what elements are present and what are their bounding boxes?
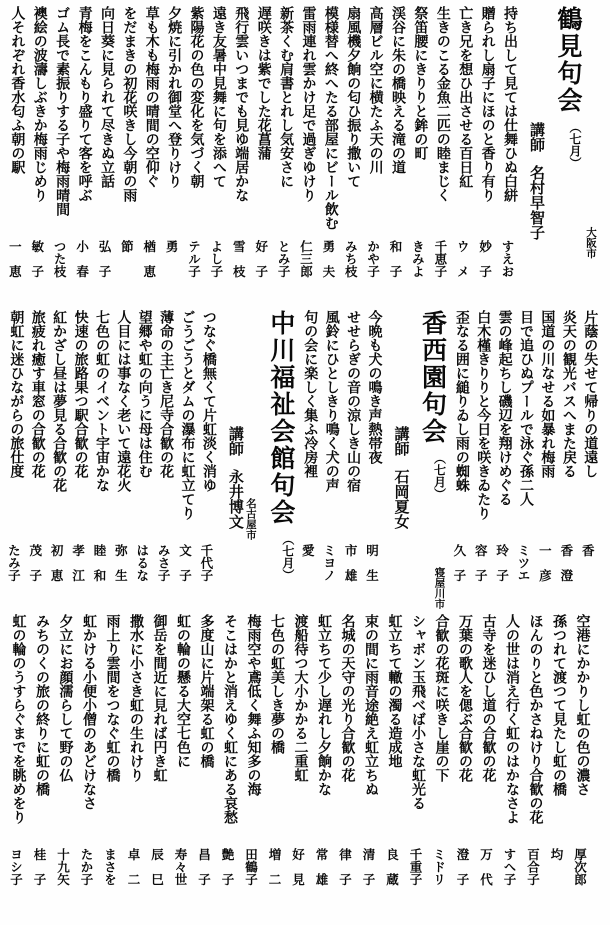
haiku-author: 小 春 — [75, 240, 89, 278]
haiku-author: 卓 二 — [126, 848, 140, 886]
haiku-author: 市 雄 — [343, 544, 357, 582]
haiku-author: かや子 — [366, 240, 380, 278]
haiku-author: みさ子 — [156, 544, 170, 582]
haiku-column: 人の世は消え行く虹のはかなさよすへ子 — [496, 614, 520, 915]
haiku-author: 弘 子 — [97, 240, 111, 278]
haiku-column: 雲の峰起ちし磯辺を翔けめぐる玲 子 — [490, 310, 511, 611]
haiku-author: 増 二 — [267, 848, 281, 886]
haiku-author: 勇 夫 — [321, 240, 335, 278]
lecturer-name: 石岡夏女 — [381, 469, 408, 529]
haiku-column: 国道の川なせる如暴れ梅雨一 彦 — [533, 310, 554, 611]
haiku-column: 雷雨連れ雲かけ足で過ぎゆけり仁三郎 — [293, 6, 315, 307]
haiku-author: 寿々世 — [173, 848, 187, 886]
haiku-magazine-page: 大阪市鶴見句会（七月）講師名村早智子持ち出して見ては仕舞ひぬ白絣すえお贈られし扇… — [0, 0, 610, 925]
haiku-author: まさを — [103, 848, 117, 886]
haiku-column: そこはかと消えゆく虹にある哀愁艶 子 — [214, 614, 238, 915]
haiku-column: 束の間に雨音途絶え虹立ちぬ清 子 — [355, 614, 379, 915]
haiku-author: テル子 — [187, 240, 201, 278]
haiku-verse: 句の会に楽しく集ふ冷房裡 — [303, 310, 318, 611]
haiku-column: 人それぞれ香水匂ふ朝の駅一 恵 — [2, 6, 24, 307]
haiku-column: 歪なる囲に縋りゐし雨の蜘蛛久 子 — [447, 310, 468, 611]
haiku-column: 古寺を迷ひし道の合歓の花万 代 — [472, 614, 496, 915]
text-band-top: 大阪市鶴見句会（七月）講師名村早智子持ち出して見ては仕舞ひぬ白絣すえお贈られし扇… — [2, 6, 599, 307]
haiku-author: 玲 子 — [495, 544, 509, 582]
haiku-author: 常 雄 — [314, 848, 328, 886]
haiku-column: 七色の虹のイベント宇宙かな睦 和 — [88, 310, 109, 611]
haiku-column: 撒水に小さき虹の生れけり卓 二 — [120, 614, 144, 915]
lecturer-label: 講師 — [381, 426, 408, 456]
haiku-column: 持ち出して見ては仕舞ひぬ白絣すえお — [495, 6, 517, 307]
lecturer-label: 講師 — [517, 122, 544, 152]
section-title: 鶴見句会 — [544, 6, 581, 114]
lecturer-name: 永井博文 — [216, 469, 243, 529]
haiku-column: ゴム長で素振りする子や梅雨晴間つた枝 — [47, 6, 69, 307]
haiku-column: 空港にかかりし虹の色の濃さ厚次郎 — [566, 614, 590, 915]
haiku-author: 艶 子 — [220, 848, 234, 886]
haiku-column: 紫陽花の色の変化を気づく朝テル子 — [181, 6, 203, 307]
haiku-column: 襖絵の波濤しぶきか梅雨じめり敏 子 — [24, 6, 46, 307]
haiku-column: 亡き兄を想ひ出させる百日紅ウ メ — [450, 6, 472, 307]
haiku-author: 愛 — [300, 544, 314, 557]
haiku-author: 睦 和 — [92, 544, 106, 582]
haiku-column: 望郷や虹の向うに母は住むはるな — [130, 310, 151, 611]
haiku-author: たみ子 — [6, 544, 20, 582]
haiku-verse: をだまきの初花咲きし今朝の雨 — [122, 6, 137, 307]
haiku-author: 雪 枝 — [231, 240, 245, 278]
section-lecturer-column: 講師名村早智子 — [517, 6, 544, 307]
text-band-bottom: 空港にかかりし虹の色の濃さ厚次郎孫つれて渡つて見たし虹の橋均ほんのりと色かさねけ… — [2, 614, 592, 915]
haiku-author: ミツエ — [516, 544, 530, 582]
haiku-author: 容 子 — [473, 544, 487, 582]
haiku-column: 扇風機夕餉の匂ひ振り撒いてみち枝 — [338, 6, 360, 307]
haiku-author: 清 子 — [361, 848, 375, 886]
haiku-verse: 孫つれて渡つて見たし虹の橋 — [551, 614, 566, 915]
haiku-column: 新茶くむ肩書とれし気安さにとみ子 — [271, 6, 293, 307]
haiku-author: 茂 子 — [28, 544, 42, 582]
haiku-author: 楢 恵 — [142, 240, 156, 278]
haiku-column: 名城の天守の光り合歓の花律 子 — [331, 614, 355, 915]
haiku-column: 模様替へ終へたる部屋にビール飲む勇 夫 — [315, 6, 337, 307]
haiku-column: 贈られし扇子にほのと香り有り妙 子 — [472, 6, 494, 307]
haiku-author: 千代子 — [199, 544, 213, 582]
haiku-column: 紅かざし昼は夢見る合歓の花初 恵 — [45, 310, 66, 611]
haiku-column: 夕立にお顔濡らして野の仏十九矢 — [49, 614, 73, 915]
haiku-column: ほんのりと色かさねけり合歓の花百合子 — [519, 614, 543, 915]
haiku-author: ヨシ子 — [9, 848, 23, 886]
haiku-author: つた枝 — [52, 240, 66, 278]
section-month: （七月） — [408, 452, 445, 500]
haiku-author: よし子 — [209, 240, 223, 278]
haiku-author: ミドリ — [432, 848, 446, 886]
haiku-column: 向日葵に見られて尽きぬ立話弘 子 — [92, 6, 114, 307]
haiku-column: 渓谷に朱の橋映える滝の道和 子 — [383, 6, 405, 307]
haiku-author: 節 — [119, 240, 133, 253]
haiku-author: 千恵子 — [433, 240, 447, 278]
haiku-column: 片蔭の失せて帰りの道遠し香 — [576, 310, 597, 611]
haiku-column: 薄命の主亡き尼寺合歓の花みさ子 — [152, 310, 173, 611]
haiku-column: ごうごうとダムの瀑布に虹立てり文 子 — [173, 310, 194, 611]
section-location: 名古屋市 — [243, 310, 257, 611]
section-title-column: 鶴見句会（七月） — [544, 6, 583, 307]
haiku-column: をだまきの初花咲きし今朝の雨節 — [114, 6, 136, 307]
haiku-author: たか子 — [79, 848, 93, 886]
lecturer-label: 講師 — [216, 426, 243, 456]
haiku-author: 和 子 — [388, 240, 402, 278]
haiku-author: 均 — [549, 848, 563, 861]
haiku-author: とみ子 — [276, 240, 290, 278]
haiku-column: 虹立ちて少し遅れし夕餉かな常 雄 — [308, 614, 332, 915]
haiku-author: 澄 子 — [455, 848, 469, 886]
haiku-column: 虹立ちて轍の濁る造成地良 蔵 — [378, 614, 402, 915]
haiku-column: 遠き友暑中見舞に句を添へてよし子 — [204, 6, 226, 307]
haiku-author: 好 見 — [291, 848, 305, 886]
section-title-column: 香西園句会（七月）寝屋川市 — [408, 310, 447, 611]
haiku-column: 句の会に楽しく集ふ冷房裡愛 — [296, 310, 317, 611]
haiku-author: みち枝 — [343, 240, 357, 278]
haiku-author: ウ メ — [455, 240, 469, 278]
haiku-column: 高層ビル空に横たふ天の川かや子 — [360, 6, 382, 307]
text-band-middle: 片蔭の失せて帰りの道遠し香炎天の観光バスへまた戻る香 澄国道の川なせる如暴れ梅雨… — [2, 310, 599, 611]
section-location: 寝屋川市 — [408, 567, 445, 611]
haiku-column: 雨上り雲間をつなぐ虹の橋まさを — [96, 614, 120, 915]
haiku-author: 初 恵 — [49, 544, 63, 582]
haiku-author: 敏 子 — [30, 240, 44, 278]
lecturer-name: 名村早智子 — [517, 165, 544, 240]
haiku-column: 快速の旅路果つ駅合歓の花孝 江 — [66, 310, 87, 611]
haiku-column: みちのくの旅の終りに虹の橋桂 子 — [26, 614, 50, 915]
haiku-author: すへ子 — [502, 848, 516, 886]
haiku-author: 明 生 — [364, 544, 378, 582]
haiku-column: 合歓の花斑に咲きし崖の下ミドリ — [425, 614, 449, 915]
haiku-column: 青梅をこんもり盛りて客を呼ぶ小 春 — [69, 6, 91, 307]
haiku-column: せせらぎの音の涼しき山の宿市 雄 — [339, 310, 360, 611]
haiku-column: 御岳を間近に見れば円き虹辰 巳 — [143, 614, 167, 915]
haiku-column: 風鈴にひとしきり鳴く犬の声ミヨノ — [317, 310, 338, 611]
haiku-column: 多度山に片端架る虹の橋昌 子 — [190, 614, 214, 915]
section-month: （七月） — [257, 533, 294, 581]
haiku-author: 妙 子 — [478, 240, 492, 278]
haiku-author: はるな — [135, 544, 149, 582]
haiku-column: 虹かける小便小僧のあどけなさたか子 — [73, 614, 97, 915]
haiku-author: すえお — [500, 240, 514, 278]
section-title-column: 中川福祉会館句会（七月） — [257, 310, 296, 611]
haiku-author: 律 子 — [338, 848, 352, 886]
haiku-author: 勇 — [164, 240, 178, 253]
haiku-author: 一 彦 — [537, 544, 551, 582]
haiku-author: 久 子 — [452, 544, 466, 582]
haiku-author: 辰 巳 — [150, 848, 164, 886]
haiku-author: 良 蔵 — [385, 848, 399, 886]
haiku-author: ミヨノ — [322, 544, 336, 582]
haiku-column: 生きのこる金魚二匹の睦まじく千恵子 — [427, 6, 449, 307]
haiku-column: 遅咲きは紫でした花菖蒲好 子 — [248, 6, 270, 307]
section-month: （七月） — [544, 121, 581, 169]
haiku-author: 百合子 — [526, 848, 540, 886]
section-title: 香西園句会 — [408, 310, 445, 445]
section-lecturer-column: 講師永井博文 — [216, 310, 243, 611]
haiku-verse: 片蔭の失せて帰りの道遠し — [583, 310, 598, 611]
haiku-verse: 夕焼に引かれ御堂へ登りけり — [167, 6, 182, 307]
haiku-column: 飛行雲いつまでも見ゆ端居かな雪 枝 — [226, 6, 248, 307]
haiku-column: 朝虹に迷ひながらの旅仕度たみ子 — [2, 310, 23, 611]
haiku-column: 草も木も梅雨の晴間の空仰ぐ楢 恵 — [136, 6, 158, 307]
haiku-column: 人目には事なく老いて遠花火弥 生 — [109, 310, 130, 611]
haiku-column: 旅疲れ癒す車窓の合歓の花茂 子 — [23, 310, 44, 611]
haiku-author: 香 — [580, 544, 594, 557]
haiku-author: 好 子 — [254, 240, 268, 278]
haiku-author: 田鶴子 — [244, 848, 258, 886]
haiku-column: 目で追ひぬプールで泳ぐ孫二人ミツエ — [512, 310, 533, 611]
haiku-column: 虹の輪の懸る大空七色に寿々世 — [167, 614, 191, 915]
section-lecturer-column: 講師石岡夏女 — [381, 310, 408, 611]
haiku-author: 万 代 — [479, 848, 493, 886]
haiku-author: 仁三郎 — [298, 240, 312, 278]
haiku-author: 孝 江 — [71, 544, 85, 582]
haiku-column: 孫つれて渡つて見たし虹の橋均 — [543, 614, 567, 915]
section-title: 中川福祉会館句会 — [257, 310, 294, 526]
haiku-column: 七色の虹美しき夢の橋増 二 — [261, 614, 285, 915]
haiku-author: 千重子 — [408, 848, 422, 886]
haiku-column: 今晩も犬の鳴き声熱帯夜明 生 — [360, 310, 381, 611]
haiku-author: 弥 生 — [113, 544, 127, 582]
haiku-column: つなぐ橋無くて片虹淡く消ゆ千代子 — [195, 310, 216, 611]
haiku-column: 梅雨空や鳶低く舞ふ知多の海田鶴子 — [237, 614, 261, 915]
haiku-author: 一 恵 — [7, 240, 21, 278]
haiku-author: 昌 子 — [197, 848, 211, 886]
haiku-column: 渡船待つ大小かかる二重虹好 見 — [284, 614, 308, 915]
haiku-column: 虹の輪のうすらぐまでを眺めをりヨシ子 — [2, 614, 26, 915]
haiku-author: 香 澄 — [559, 544, 573, 582]
haiku-author: 桂 子 — [32, 848, 46, 886]
haiku-author: きみよ — [410, 240, 424, 278]
haiku-author: 厚次郎 — [573, 848, 587, 886]
haiku-column: 白木槿きりりと今日を咲きゐたり容 子 — [469, 310, 490, 611]
haiku-column: シャボン玉飛べば小さな虹光る千重子 — [402, 614, 426, 915]
haiku-column: 万葉の歌人を偲ぶ合歓の花澄 子 — [449, 614, 473, 915]
haiku-author: 十九矢 — [56, 848, 70, 886]
section-location: 大阪市 — [583, 6, 597, 307]
haiku-column: 炎天の観光バスへまた戻る香 澄 — [554, 310, 575, 611]
haiku-column: 夕焼に引かれ御堂へ登りけり勇 — [159, 6, 181, 307]
haiku-column: 祭笛腰にきりりと鉾の町きみよ — [405, 6, 427, 307]
haiku-author: 文 子 — [178, 544, 192, 582]
